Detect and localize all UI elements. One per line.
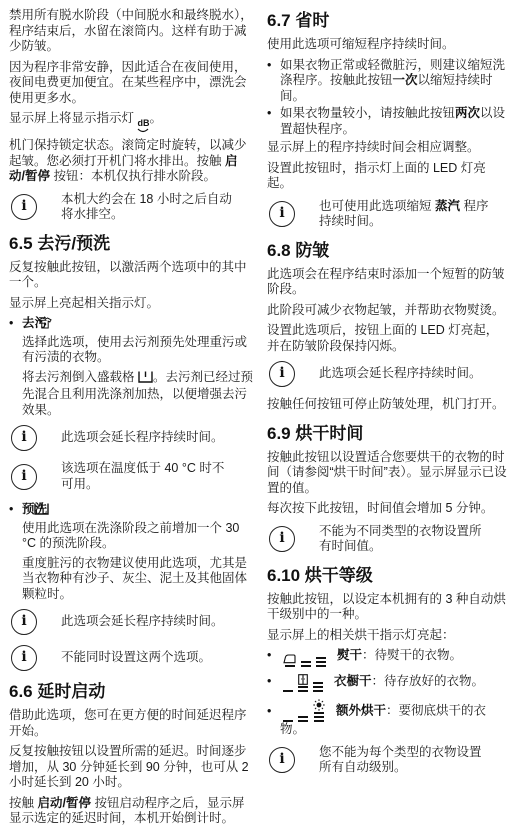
option-prewash: •预洗 使用此选项在洗涤阶段之前增加一个 30 °C 的预洗阶段。 重度脏污的衣… bbox=[9, 502, 253, 602]
paragraph: 按触任何按钮可停止防皱处理，机门打开。 bbox=[267, 397, 510, 413]
cupboard-icon bbox=[298, 674, 308, 685]
drying-level-extra: •额外烘干：要彻底烘干的衣物。 bbox=[267, 699, 510, 738]
right-column: 6.7 省时 使用此选项可缩短程序持续时间。 •如果衣物正常或轻微脏污，则建议缩… bbox=[267, 8, 510, 832]
prewash-compartment-icon bbox=[47, 503, 49, 520]
drying-level-iron: •熨干：待熨干的衣物。 bbox=[267, 648, 510, 667]
info-icon: i bbox=[11, 464, 37, 490]
info-note: i 此选项会延长程序持续时间。 bbox=[11, 425, 253, 451]
paragraph: 显示屏上的程序持续时间会相应调整。 bbox=[267, 140, 510, 156]
info-note: i 您不能为每个类型的衣物设置所有自动级别。 bbox=[269, 745, 510, 776]
section-heading-6-6: 6.6 延时启动 bbox=[9, 681, 253, 702]
paragraph: 机门保持锁定状态。滚筒定时旋转，以减少起皱。您必须打开机门将水排出。按触 启动/… bbox=[9, 138, 253, 185]
bullet-dot: • bbox=[267, 58, 274, 74]
info-note: i 不能为不同类型的衣物设置所有时间值。 bbox=[269, 524, 510, 555]
note-text: 不能为不同类型的衣物设置所有时间值。 bbox=[319, 524, 491, 555]
paragraph: 使用此选项可缩短程序持续时间。 bbox=[267, 37, 510, 53]
note-text: 此选项会延长程序持续时间。 bbox=[319, 366, 491, 382]
paragraph: 按触此按钮，以设定本机拥有的 3 种自动烘干级别中的一种。 bbox=[267, 592, 510, 623]
info-note: i 也可使用此选项缩短 蒸汽 程序持续时间。 bbox=[269, 199, 510, 230]
note-text: 不能同时设置这两个选项。 bbox=[61, 650, 233, 666]
info-note: i 本机大约会在 18 小时之后自动将水排空。 bbox=[11, 192, 253, 223]
paragraph: 选择此选项，使用去污剂预先处理重污或有污渍的衣物。 bbox=[22, 335, 253, 366]
section-heading-6-7: 6.7 省时 bbox=[267, 10, 510, 31]
section-heading-6-10: 6.10 烘干等级 bbox=[267, 565, 510, 586]
paragraph: 按触此按钮以设置适合您要烘干的衣物的时间（请参阅“烘干时间”表）。显示屏显示已设… bbox=[267, 450, 510, 497]
list-item: •如果衣物正常或轻微脏污，则建议缩短洗涤程序。按触此按钮一次以缩短持续时间。 bbox=[267, 58, 510, 105]
paragraph: 因为程序非常安静，因此适合在夜间使用，夜间电费更加便宜。在某些程序中，漂洗会使用… bbox=[9, 60, 253, 107]
bullet-dot: • bbox=[267, 106, 274, 122]
paragraph-with-compartment: 将去污剂倒入盛载格 。去污剂已经过预先混合且利用洗涤剂加热，以便增强去污效果。 bbox=[22, 370, 253, 419]
note-text: 该选项在温度低于 40 °C 时不可用。 bbox=[61, 461, 233, 492]
info-note: i 该选项在温度低于 40 °C 时不可用。 bbox=[11, 461, 253, 492]
note-text: 此选项会延长程序持续时间。 bbox=[61, 430, 233, 446]
info-icon: i bbox=[269, 201, 295, 227]
section-heading-6-8: 6.8 防皱 bbox=[267, 240, 510, 261]
section-heading-6-9: 6.9 烘干时间 bbox=[267, 423, 510, 444]
option-title: •去污 bbox=[9, 316, 253, 334]
stain-shirt-icon bbox=[51, 317, 52, 334]
note-text: 您不能为每个类型的衣物设置所有自动级别。 bbox=[319, 745, 491, 776]
paragraph: 重度脏污的衣物建议使用此选项，尤其是当衣物种有沙子、灰尘、泥土及其他固体颗粒时。 bbox=[22, 556, 253, 603]
paragraph: 设置此选项后，按钮上面的 LED 灯亮起，并在防皱阶段保持闪烁。 bbox=[267, 323, 510, 354]
paragraph-with-indicator: 显示屏上将显示指示灯 dB。 bbox=[9, 111, 253, 133]
bullet-dot: • bbox=[267, 648, 274, 664]
option-title: •预洗 bbox=[9, 502, 253, 520]
info-note: i 此选项会延长程序持续时间。 bbox=[269, 361, 510, 387]
note-text: 此选项会延长程序持续时间。 bbox=[61, 614, 233, 630]
drying-level-bars bbox=[283, 651, 331, 667]
bullet-dot: • bbox=[267, 674, 274, 690]
drying-level-bars bbox=[283, 674, 328, 692]
info-note: i 不能同时设置这两个选项。 bbox=[11, 645, 253, 671]
paragraph: 借助此选项，您可在更方便的时间延迟程序开始。 bbox=[9, 708, 253, 739]
paragraph: 显示屏上的相关烘干指示灯亮起： bbox=[267, 628, 510, 644]
paragraph: 禁用所有脱水阶段（中间脱水和最终脱水），程序结束后，水留在滚筒内。这样有助于减少… bbox=[9, 8, 253, 55]
info-icon: i bbox=[11, 645, 37, 671]
option-stain: •去污 选择此选项，使用去污剂预先处理重污或有污渍的衣物。 将去污剂倒入盛载格 … bbox=[9, 316, 253, 418]
note-text: 本机大约会在 18 小时之后自动将水排空。 bbox=[61, 192, 233, 223]
paragraph: 每次按下此按钮，时间值会增加 5 分钟。 bbox=[267, 501, 510, 517]
paragraph: 此阶段可减少衣物起皱，并帮助衣物熨烫。 bbox=[267, 303, 510, 319]
info-note: i 此选项会延长程序持续时间。 bbox=[11, 609, 253, 635]
section-heading-6-5: 6.5 去污/预洗 bbox=[9, 233, 253, 254]
bullet-dot: • bbox=[9, 502, 16, 518]
info-icon: i bbox=[11, 609, 37, 635]
info-icon: i bbox=[269, 526, 295, 552]
info-icon: i bbox=[269, 747, 295, 773]
manual-page: 禁用所有脱水阶段（中间脱水和最终脱水），程序结束后，水留在滚筒内。这样有助于减少… bbox=[0, 0, 517, 832]
paragraph: 此选项会在程序结束时添加一个短暂的防皱阶段。 bbox=[267, 267, 510, 298]
list-item: •如果衣物量较小，请按触此按钮两次以设置超快程序。 bbox=[267, 106, 510, 137]
paragraph: 反复按触按钮以设置所需的延迟。时间逐步增加，从 30 分钟延长到 90 分钟，也… bbox=[9, 744, 253, 791]
drying-level-cupboard: •衣橱干：待存放好的衣物。 bbox=[267, 674, 510, 693]
info-icon: i bbox=[269, 361, 295, 387]
start-pause-label: 启动/暂停 bbox=[37, 796, 90, 810]
detergent-compartment-icon bbox=[138, 371, 153, 388]
paragraph: 设置此按钮时，指示灯上面的 LED 灯亮起。 bbox=[267, 161, 510, 192]
note-text: 也可使用此选项缩短 蒸汽 程序持续时间。 bbox=[319, 199, 491, 230]
decibel-indicator-icon: dB bbox=[137, 119, 149, 133]
paragraph: 使用此选项在洗涤阶段之前增加一个 30 °C 的预洗阶段。 bbox=[22, 521, 253, 552]
drying-level-bars bbox=[283, 699, 330, 722]
left-column: 禁用所有脱水阶段（中间脱水和最终脱水），程序结束后，水留在滚筒内。这样有助于减少… bbox=[9, 8, 253, 832]
info-icon: i bbox=[11, 425, 37, 451]
paragraph: 显示屏上亮起相关指示灯。 bbox=[9, 296, 253, 312]
paragraph: 按触 启动/暂停 按钮启动程序之后，显示屏显示选定的延迟时间，本机开始倒计时。 bbox=[9, 796, 253, 827]
info-icon: i bbox=[11, 194, 37, 220]
iron-icon bbox=[283, 654, 296, 664]
bullet-dot: • bbox=[267, 704, 274, 720]
sun-icon bbox=[313, 699, 325, 711]
bullet-dot: • bbox=[9, 316, 16, 332]
paragraph: 反复按触此按钮，以激活两个选项中的其中一个。 bbox=[9, 260, 253, 291]
